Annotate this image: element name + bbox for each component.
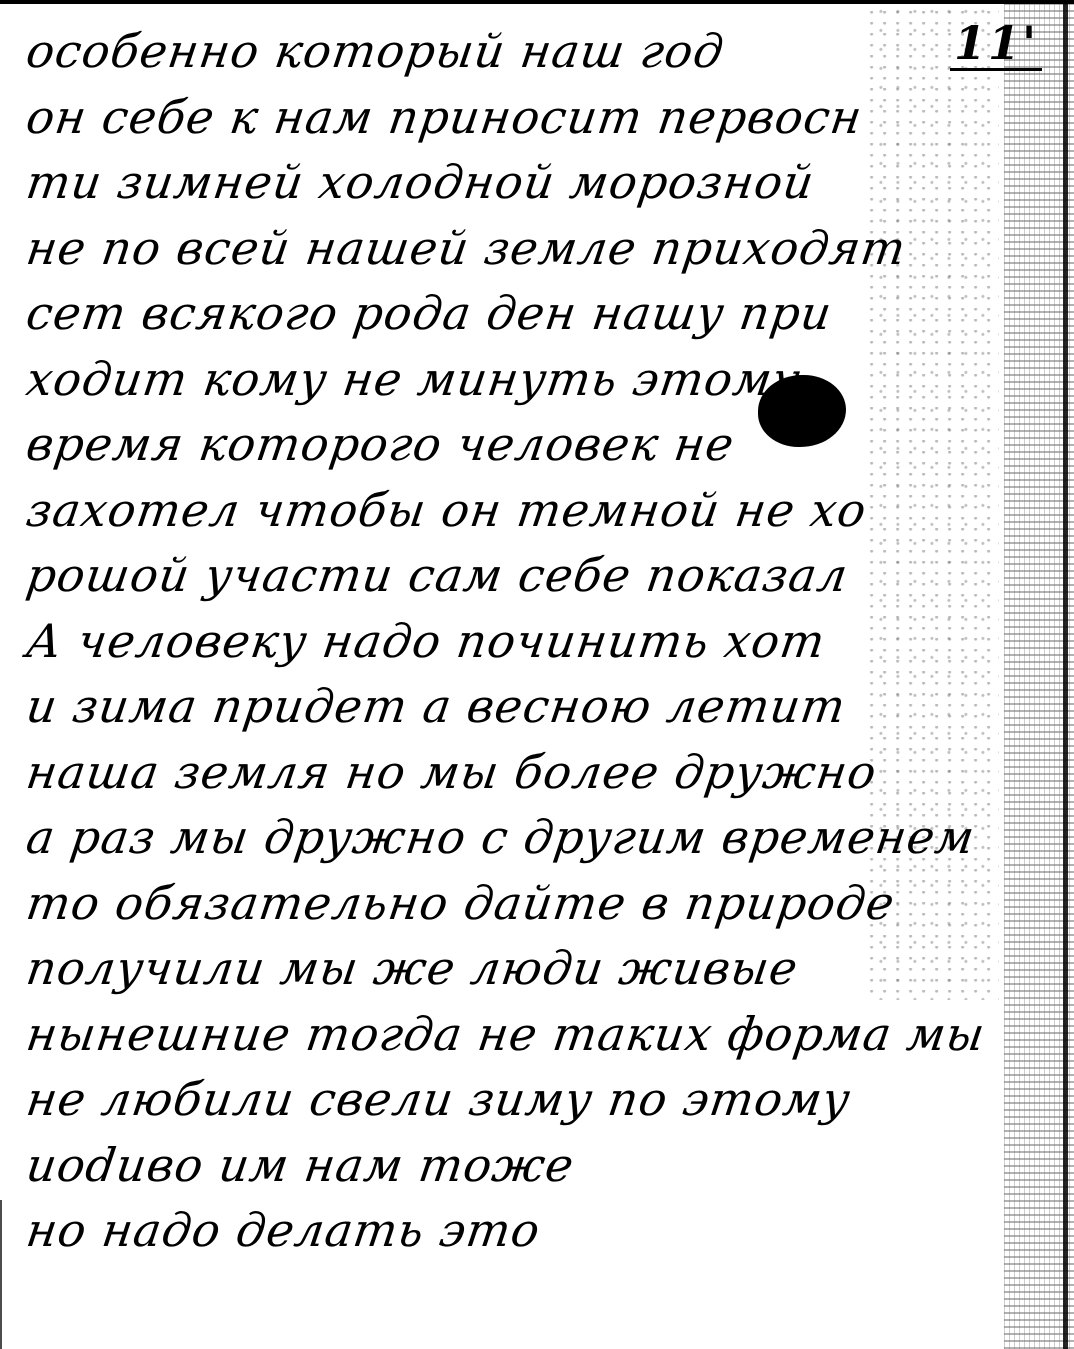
text-line: не любили свели зиму по этому [22, 1068, 991, 1134]
text-line: время которого человек не [22, 413, 991, 479]
text-line: ходит кому не минуть этому [22, 348, 991, 414]
text-line: получили мы же люди живые [22, 937, 991, 1003]
text-line: нынешние тогда не таких форма мы [22, 1003, 991, 1069]
scan-left-edge [0, 1200, 2, 1349]
text-line: сет всякого рода ден нашу при [22, 282, 991, 348]
text-line: а раз мы дружно с другим временем [22, 806, 991, 872]
text-line: он себе к нам приносит первосн [22, 86, 991, 152]
text-line: ти зимней холодной морозной [22, 151, 991, 217]
text-line: иodиво им нам тоже [22, 1134, 991, 1200]
text-line: особенно который наш год [22, 20, 991, 86]
text-line: захотел чтобы он темной не хо [22, 479, 991, 545]
text-line: и зима придет а весною летит [22, 675, 991, 741]
text-line: не по всей нашей земле приходят [22, 217, 991, 283]
handwritten-text: особенно который наш год он себе к нам п… [22, 20, 982, 1265]
text-line: А человеку надо починить хот [22, 610, 991, 676]
manuscript-page: 11' особенно который наш год он себе к н… [0, 0, 1074, 1349]
text-line: то обязательно дайте в природе [22, 872, 991, 938]
text-line: рошой участи сам себе показал [22, 544, 991, 610]
scan-right-border [1063, 0, 1068, 1349]
text-line: но надо делать это [22, 1199, 991, 1265]
text-line: наша земля но мы более дружно [22, 741, 991, 807]
